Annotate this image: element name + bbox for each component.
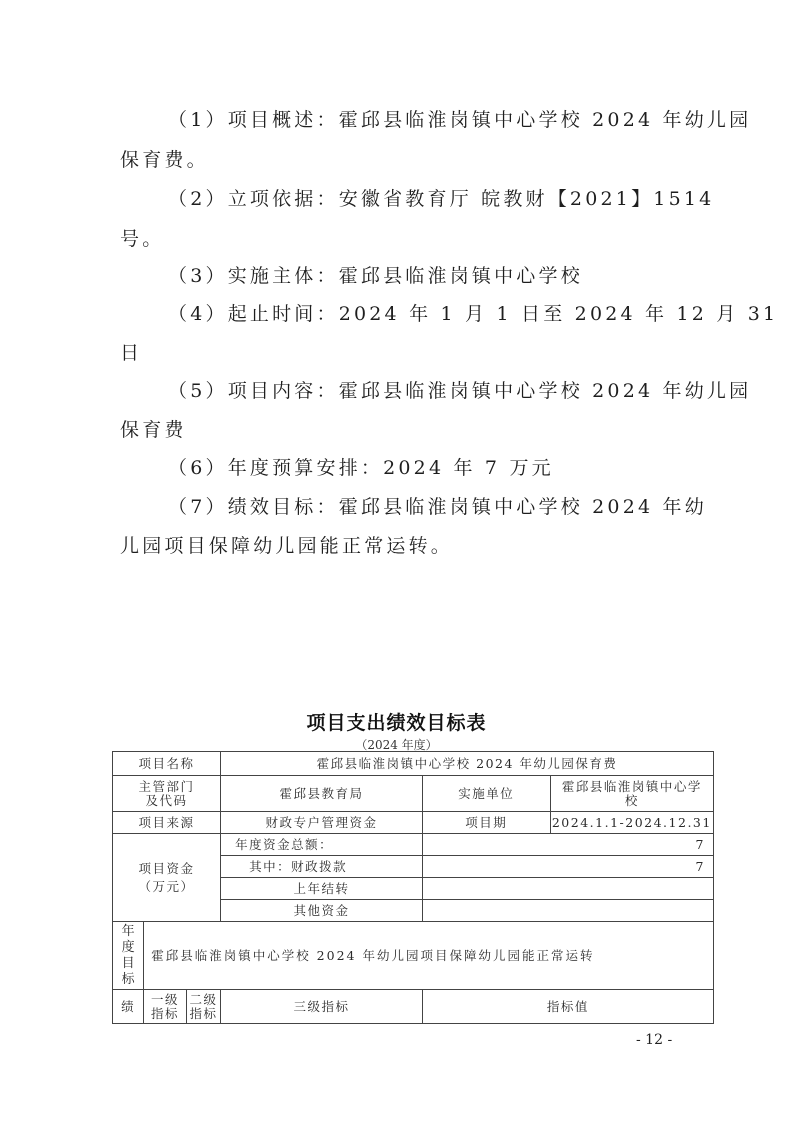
project-name-label: 项目名称 <box>113 752 221 776</box>
implementing-unit-value-line1: 霍邱县临淮岗镇中心学 <box>551 780 713 794</box>
funds-other-label: 其他资金 <box>221 900 423 922</box>
paragraph-overview-line1: （1）项目概述：霍邱县临淮岗镇中心学校 2024 年幼儿园 <box>168 110 724 130</box>
paragraph-basis-line2: 号。 <box>120 229 676 249</box>
annual-goal-label-char: 度 <box>113 940 143 956</box>
table-row-annual-goal: 年 度 目 标 霍邱县临淮岗镇中心学校 2024 年幼儿园项目保障幼儿园能正常运… <box>113 922 714 990</box>
project-funds-label-line2: （万元） <box>113 878 220 896</box>
annual-goal-label: 年 度 目 标 <box>113 922 144 990</box>
table-row-funds-total: 项目资金 （万元） 年度资金总额： 7 <box>113 834 714 856</box>
implementing-unit-value: 霍邱县临淮岗镇中心学 校 <box>550 776 713 812</box>
funds-fiscal-label: 其中：财政拨款 <box>221 856 423 878</box>
paragraph-implementer: （3）实施主体：霍邱县临淮岗镇中心学校 <box>168 266 724 286</box>
paragraph-goal-line2: 儿园项目保障幼儿园能正常运转。 <box>120 536 676 556</box>
project-funds-label-line1: 项目资金 <box>113 860 220 878</box>
project-funds-label: 项目资金 （万元） <box>113 834 221 922</box>
indicator-header-level1-line1: 一级 <box>144 993 186 1007</box>
table-row-source: 项目来源 财政专户管理资金 项目期 2024.1.1-2024.12.31 <box>113 812 714 834</box>
indicator-header-level1: 一级 指标 <box>144 990 187 1024</box>
department-label-line1: 主管部门 <box>113 780 220 794</box>
department-value: 霍邱县教育局 <box>221 776 423 812</box>
table-title: 项目支出绩效目标表 <box>0 708 793 735</box>
annual-goal-label-char: 标 <box>113 972 143 988</box>
annual-goal-label-char: 年 <box>113 924 143 940</box>
project-period-value: 2024.1.1-2024.12.31 <box>550 812 713 834</box>
annual-goal-value: 霍邱县临淮岗镇中心学校 2024 年幼儿园项目保障幼儿园能正常运转 <box>144 922 714 990</box>
department-label-line2: 及代码 <box>113 794 220 808</box>
table-row-indicator-header: 绩 一级 指标 二级 指标 三级指标 指标值 <box>113 990 714 1024</box>
indicator-header-level2-line1: 二级 <box>187 993 220 1007</box>
indicator-header-level1-line2: 指标 <box>144 1007 186 1021</box>
paragraph-overview-line2: 保育费。 <box>120 150 676 170</box>
project-source-value: 财政专户管理资金 <box>221 812 423 834</box>
paragraph-goal-line1: （7）绩效目标：霍邱县临淮岗镇中心学校 2024 年幼 <box>168 497 724 517</box>
indicator-header-value: 指标值 <box>422 990 713 1024</box>
implementing-unit-value-line2: 校 <box>551 794 713 808</box>
indicator-header-level2-line2: 指标 <box>187 1007 220 1021</box>
funds-fiscal-value: 7 <box>422 856 713 878</box>
page-number: - 12 - <box>636 1032 672 1048</box>
project-source-label: 项目来源 <box>113 812 221 834</box>
funds-total-label: 年度资金总额： <box>221 834 423 856</box>
implementing-unit-label: 实施单位 <box>422 776 550 812</box>
funds-other-value <box>422 900 713 922</box>
paragraph-content-line1: （5）项目内容：霍邱县临淮岗镇中心学校 2024 年幼儿园 <box>168 381 724 401</box>
indicator-header-performance: 绩 <box>113 990 144 1024</box>
paragraph-basis-line1: （2）立项依据：安徽省教育厅 皖教财【2021】1514 <box>168 189 724 209</box>
annual-goal-label-char: 目 <box>113 956 143 972</box>
table-row-project-name: 项目名称 霍邱县临淮岗镇中心学校 2024 年幼儿园保育费 <box>113 752 714 776</box>
performance-target-table: 项目名称 霍邱县临淮岗镇中心学校 2024 年幼儿园保育费 主管部门 及代码 霍… <box>112 751 714 1024</box>
paragraph-period-line2: 日 <box>120 343 676 363</box>
indicator-header-level2: 二级 指标 <box>186 990 220 1024</box>
funds-total-value: 7 <box>422 834 713 856</box>
funds-carryover-value <box>422 878 713 900</box>
department-label: 主管部门 及代码 <box>113 776 221 812</box>
table-row-department: 主管部门 及代码 霍邱县教育局 实施单位 霍邱县临淮岗镇中心学 校 <box>113 776 714 812</box>
project-name-value: 霍邱县临淮岗镇中心学校 2024 年幼儿园保育费 <box>221 752 714 776</box>
project-period-label: 项目期 <box>422 812 550 834</box>
paragraph-budget: （6）年度预算安排：2024 年 7 万元 <box>168 458 724 478</box>
paragraph-content-line2: 保育费 <box>120 420 676 440</box>
indicator-header-level3: 三级指标 <box>221 990 423 1024</box>
funds-carryover-label: 上年结转 <box>221 878 423 900</box>
paragraph-period-line1: （4）起止时间：2024 年 1 月 1 日至 2024 年 12 月 31 <box>168 304 724 324</box>
